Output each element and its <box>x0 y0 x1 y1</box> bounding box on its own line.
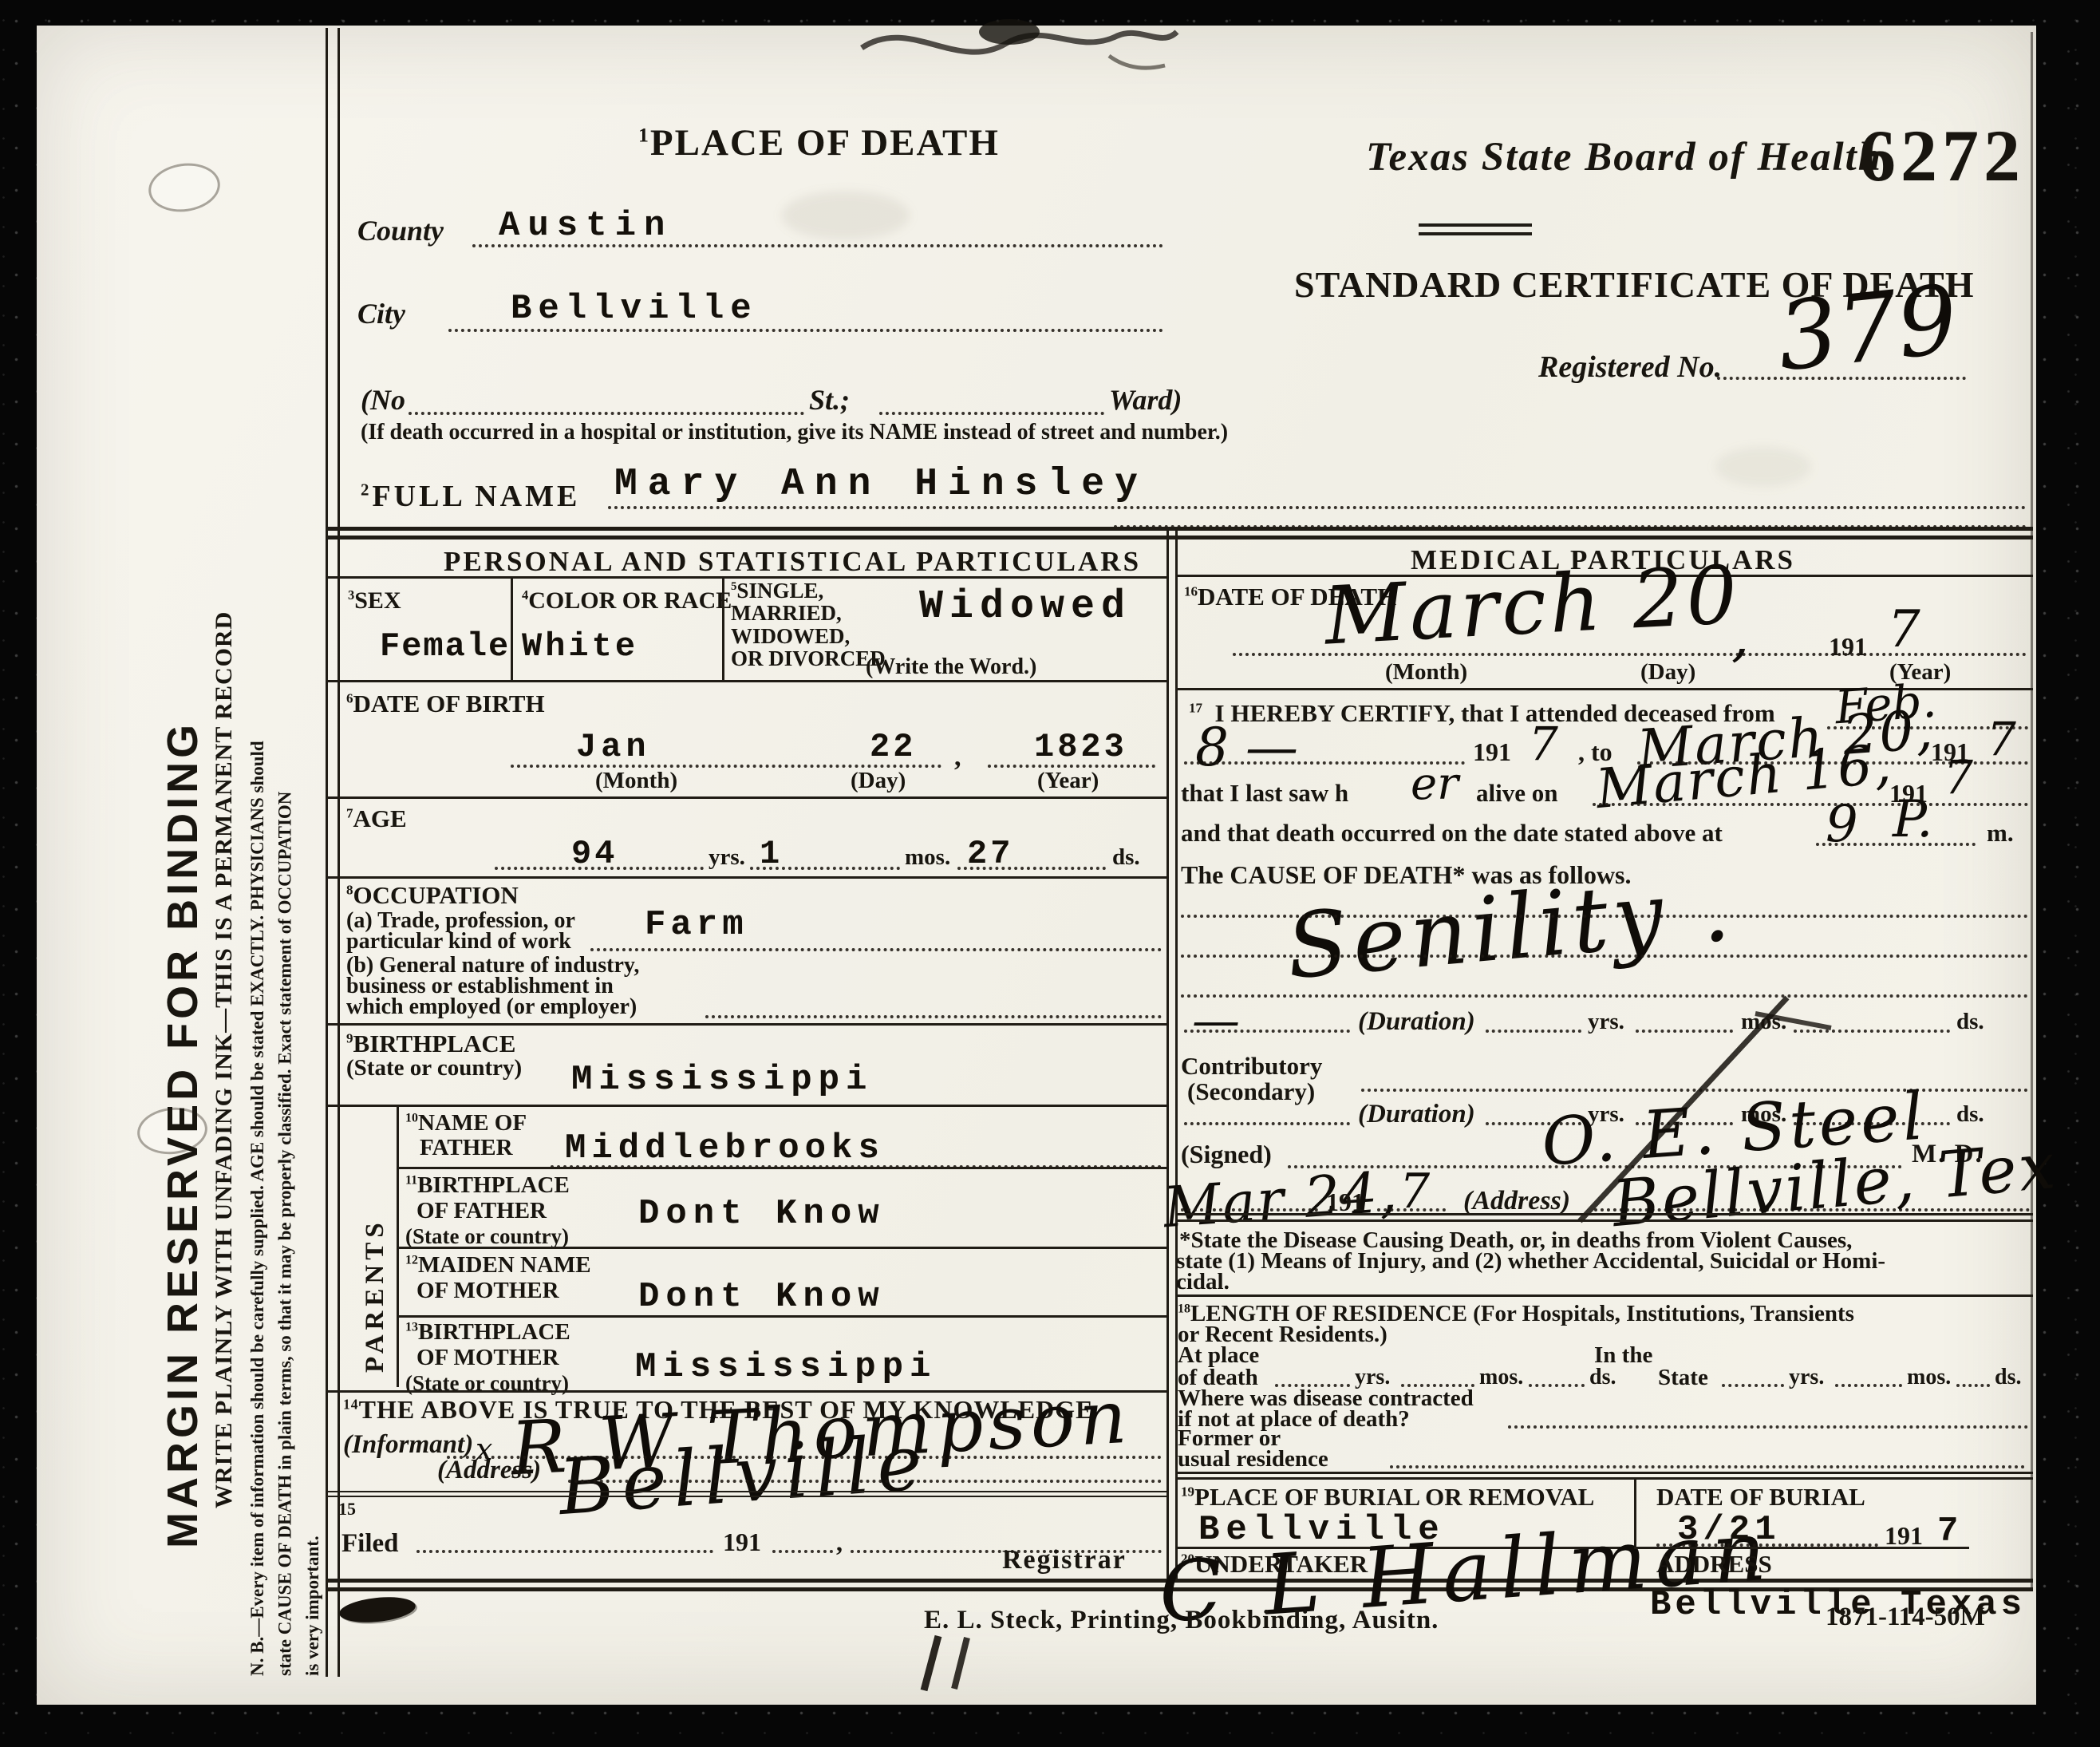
residence-mos-2: mos. <box>1907 1365 1951 1390</box>
certify-line <box>1816 817 1976 846</box>
parents-vertical-label: PARENTS <box>361 1133 390 1373</box>
dob-year-caption: (Year) <box>1037 768 1099 794</box>
dob-month-caption: (Month) <box>595 768 677 794</box>
board-underline <box>1419 223 1532 227</box>
margin-binding-note: MARGIN RESERVED FOR BINDING <box>158 447 207 1548</box>
rule <box>397 1247 1168 1249</box>
filed-comma: , <box>836 1528 843 1557</box>
burial-date-label: DATE OF BURIAL <box>1656 1483 1865 1512</box>
age-line <box>750 838 900 870</box>
field-number: 10 <box>405 1111 418 1124</box>
filed-field-number: 15 <box>338 1499 356 1520</box>
scanned-death-certificate: MARGIN RESERVED FOR BINDING WRITE PLAINL… <box>0 0 2100 1747</box>
dob-line <box>988 736 1155 768</box>
mother-maiden-label: 12MAIDEN NAMEOF MOTHER <box>405 1253 591 1304</box>
dod-month-caption: (Month) <box>1385 659 1467 686</box>
certify-m-label: m. <box>1987 819 2014 848</box>
informant-address-line <box>568 1454 1162 1483</box>
filed-label: Filed <box>341 1529 399 1559</box>
occupation-b-line <box>705 986 1162 1018</box>
age-line <box>495 838 704 870</box>
field-number: 6 <box>346 691 353 706</box>
certify-year1-prefix: 191 <box>1473 737 1511 767</box>
father-name-line <box>551 1136 1162 1168</box>
sex-label: 3SEX <box>348 587 401 615</box>
personal-section-title: PERSONAL AND STATISTICAL PARTICULARS <box>444 546 1141 578</box>
residence-line <box>1390 1443 2025 1468</box>
occupation-a-line2: particular kind of work <box>346 929 571 955</box>
field-number: 19 <box>1181 1484 1194 1500</box>
duration-label: (Duration) <box>1358 1007 1475 1037</box>
duration2-line <box>1184 1097 1350 1125</box>
ink-smudge <box>846 0 1189 120</box>
certify-occurred: and that death occurred on the date stat… <box>1181 819 1723 848</box>
residence-mos: mos. <box>1479 1365 1523 1390</box>
marital-hint: (Write the Word.) <box>866 654 1036 680</box>
registrar-label: Registrar <box>1002 1545 1127 1575</box>
cause-line <box>1181 892 2028 918</box>
father-birthplace-value: Dont Know <box>638 1194 886 1234</box>
field-number: 7 <box>346 806 353 821</box>
dob-comma: , <box>954 742 961 773</box>
field-number: 4 <box>522 587 528 603</box>
informant-address-label: (Address) <box>437 1456 541 1485</box>
street-st-label: St.; <box>809 383 850 417</box>
residence-line <box>1956 1362 1990 1387</box>
hospital-note: (If death occurred in a hospital or inst… <box>361 420 1228 445</box>
cell-divider <box>511 576 513 680</box>
cause-line <box>1181 932 2028 958</box>
occupation-label: 8OCCUPATION <box>346 881 519 910</box>
margin-nb-line: is very important. <box>299 96 327 1676</box>
age-yrs-caption: yrs. <box>709 844 745 871</box>
cell-divider <box>722 576 724 680</box>
rule <box>326 1496 1168 1497</box>
rule <box>1175 1477 2033 1480</box>
field-number: 2 <box>361 480 372 499</box>
duration2-ds: ds. <box>1956 1101 1984 1128</box>
field-number: 17 <box>1189 701 1202 716</box>
county-label: County <box>357 214 444 247</box>
duration2-label: (Duration) <box>1358 1100 1475 1129</box>
age-ds-caption: ds. <box>1112 844 1140 871</box>
printer-credit: E. L. Steck, Printing, Bookbinding, Ausi… <box>924 1606 1439 1635</box>
rule <box>326 680 1168 682</box>
marital-label: 5SINGLE, MARRIED, WIDOWED, OR DIVORCED <box>731 579 886 670</box>
cause-footnote-line: state (1) Means of Injury, and (2) wheth… <box>1176 1248 1885 1275</box>
age-line <box>957 838 1106 870</box>
city-value: Bellville <box>511 289 758 329</box>
birthplace-value: Mississippi <box>571 1060 873 1100</box>
street-ward-label: Ward) <box>1109 383 1182 417</box>
residence-line <box>1529 1362 1585 1387</box>
residence-ds: ds. <box>1589 1365 1616 1390</box>
stray-pen-marks <box>902 1628 997 1700</box>
mother-birthplace-label: 13BIRTHPLACEOF MOTHER(State or country) <box>405 1320 570 1397</box>
county-value: Austin <box>499 206 673 246</box>
residence-f2: usual residence <box>1178 1446 1328 1472</box>
rule <box>326 1023 1168 1026</box>
residence-line <box>1508 1403 2028 1429</box>
form-code: 1871-114-50M <box>1826 1603 1985 1632</box>
file-number: 6272 <box>1859 113 2025 198</box>
place-of-death-heading: 1PLACE OF DEATH <box>638 121 1000 164</box>
section-rule <box>326 536 2033 540</box>
certify-line <box>1593 777 2028 806</box>
signed-label: (Signed) <box>1181 1140 1272 1169</box>
father-name-label: 10NAME OFFATHER <box>405 1111 527 1161</box>
dob-label: 6DATE OF BIRTH <box>346 690 545 718</box>
residence-line <box>1722 1362 1784 1387</box>
signed-address-label: (Address) <box>1463 1186 1570 1216</box>
signed-date-line <box>1181 1186 1318 1211</box>
column-divider <box>1166 531 1169 1583</box>
street-no-label: (No <box>361 383 405 417</box>
field-number: 11 <box>405 1173 417 1187</box>
age-mos-caption: mos. <box>905 844 950 871</box>
residence-line <box>1275 1362 1350 1387</box>
residence-ds-2: ds. <box>1995 1365 2021 1390</box>
field-number: 14 <box>343 1396 359 1412</box>
margin-nb-line: state CAUSE OF DEATH in plain terms, so … <box>272 96 300 1676</box>
mother-birthplace-value: Mississippi <box>635 1347 937 1387</box>
field-number: 3 <box>348 587 354 603</box>
dob-day-caption: (Day) <box>851 768 906 794</box>
filed-line <box>416 1524 713 1553</box>
residence-yrs-2: yrs. <box>1789 1365 1824 1390</box>
rule <box>1175 1472 2033 1474</box>
dod-day-caption: (Day) <box>1640 659 1695 686</box>
field-number: 16 <box>1184 584 1198 599</box>
field-number: 13 <box>405 1320 418 1334</box>
color-race-value: White <box>522 627 638 666</box>
dob-line <box>511 736 941 768</box>
parents-divider <box>397 1105 399 1387</box>
section-rule <box>326 527 2033 531</box>
registered-no-value: 379 <box>1772 264 1962 393</box>
rule <box>326 1491 1168 1492</box>
form-right-rule <box>2031 32 2033 1588</box>
filed-line <box>772 1524 833 1553</box>
birthplace-label: 9BIRTHPLACE <box>346 1030 515 1058</box>
full-name-line-2 <box>1114 496 2027 528</box>
certify-saw-pre: that I last saw h <box>1181 779 1348 808</box>
certify-saw-hand: er <box>1411 758 1459 810</box>
full-name-label: 2FULL NAME <box>361 479 580 514</box>
margin-write-plainly-note: WRITE PLAINLY WITH UNFADING INK—THIS IS … <box>211 200 238 1508</box>
rule <box>1175 1213 2033 1215</box>
burial-date-year-digit: 7 <box>1937 1512 1958 1551</box>
registered-no-label: Registered No. <box>1538 350 1722 385</box>
margin-nb-line: N. B.—Every item of information should b… <box>244 96 272 1676</box>
duration-ds: ds. <box>1956 1009 1984 1035</box>
residence-line <box>1835 1362 1902 1387</box>
street-ward-line <box>879 383 1104 415</box>
birthplace-sub-label: (State or country) <box>346 1055 522 1081</box>
occupation-b-line3: which employed (or employer) <box>346 994 637 1020</box>
rule <box>1175 1294 2033 1297</box>
form-left-rule <box>326 28 328 1677</box>
sex-value: Female <box>380 627 510 666</box>
contributory-label: Contributory <box>1181 1052 1322 1081</box>
certify-year1-digit: 7 <box>1529 717 1558 771</box>
city-label: City <box>357 297 405 330</box>
undertaker-address-label: ADDRESS <box>1656 1550 1772 1579</box>
residence-line <box>1401 1362 1474 1387</box>
field-number: 12 <box>405 1253 418 1267</box>
board-name: Texas State Board of Health <box>1366 134 1882 180</box>
mother-maiden-value: Dont Know <box>638 1277 886 1317</box>
field-number: 18 <box>1178 1302 1190 1315</box>
rule <box>326 796 1168 799</box>
filed-year-prefix: 191 <box>723 1528 761 1557</box>
margin-nb-note: N. B.—Every item of information should b… <box>244 96 327 1676</box>
residence-state: State <box>1658 1365 1708 1391</box>
occupation-a-line <box>590 919 1162 951</box>
date-of-death-line <box>1233 627 2027 656</box>
color-race-label: 4COLOR OR RACE <box>522 587 732 615</box>
signed-year-digit: 7 <box>1399 1164 1430 1219</box>
cause-footnote-line: cidal. <box>1176 1269 1230 1295</box>
burial-underline <box>1634 1547 1969 1549</box>
age-label: 7AGE <box>346 804 407 833</box>
rule <box>1175 1219 2033 1222</box>
form-left-rule <box>337 28 340 1677</box>
burial-place-label: 19PLACE OF BURIAL OR REMOVAL <box>1181 1483 1594 1512</box>
rule <box>397 1315 1168 1318</box>
board-underline <box>1419 232 1532 235</box>
father-birthplace-label: 11BIRTHPLACEOF FATHER(State or country) <box>405 1173 570 1250</box>
burial-date-line <box>1656 1521 1878 1547</box>
field-number: 1 <box>638 123 650 146</box>
field-number: 8 <box>346 883 353 898</box>
marital-value: Widowed <box>919 584 1131 630</box>
rule <box>326 876 1168 879</box>
field-number: 9 <box>346 1031 353 1046</box>
duration-line <box>1184 1004 1350 1033</box>
certify-saw-post: alive on <box>1476 779 1557 808</box>
rule <box>397 1167 1168 1169</box>
street-no-line <box>409 383 804 415</box>
rule <box>326 1105 1168 1107</box>
